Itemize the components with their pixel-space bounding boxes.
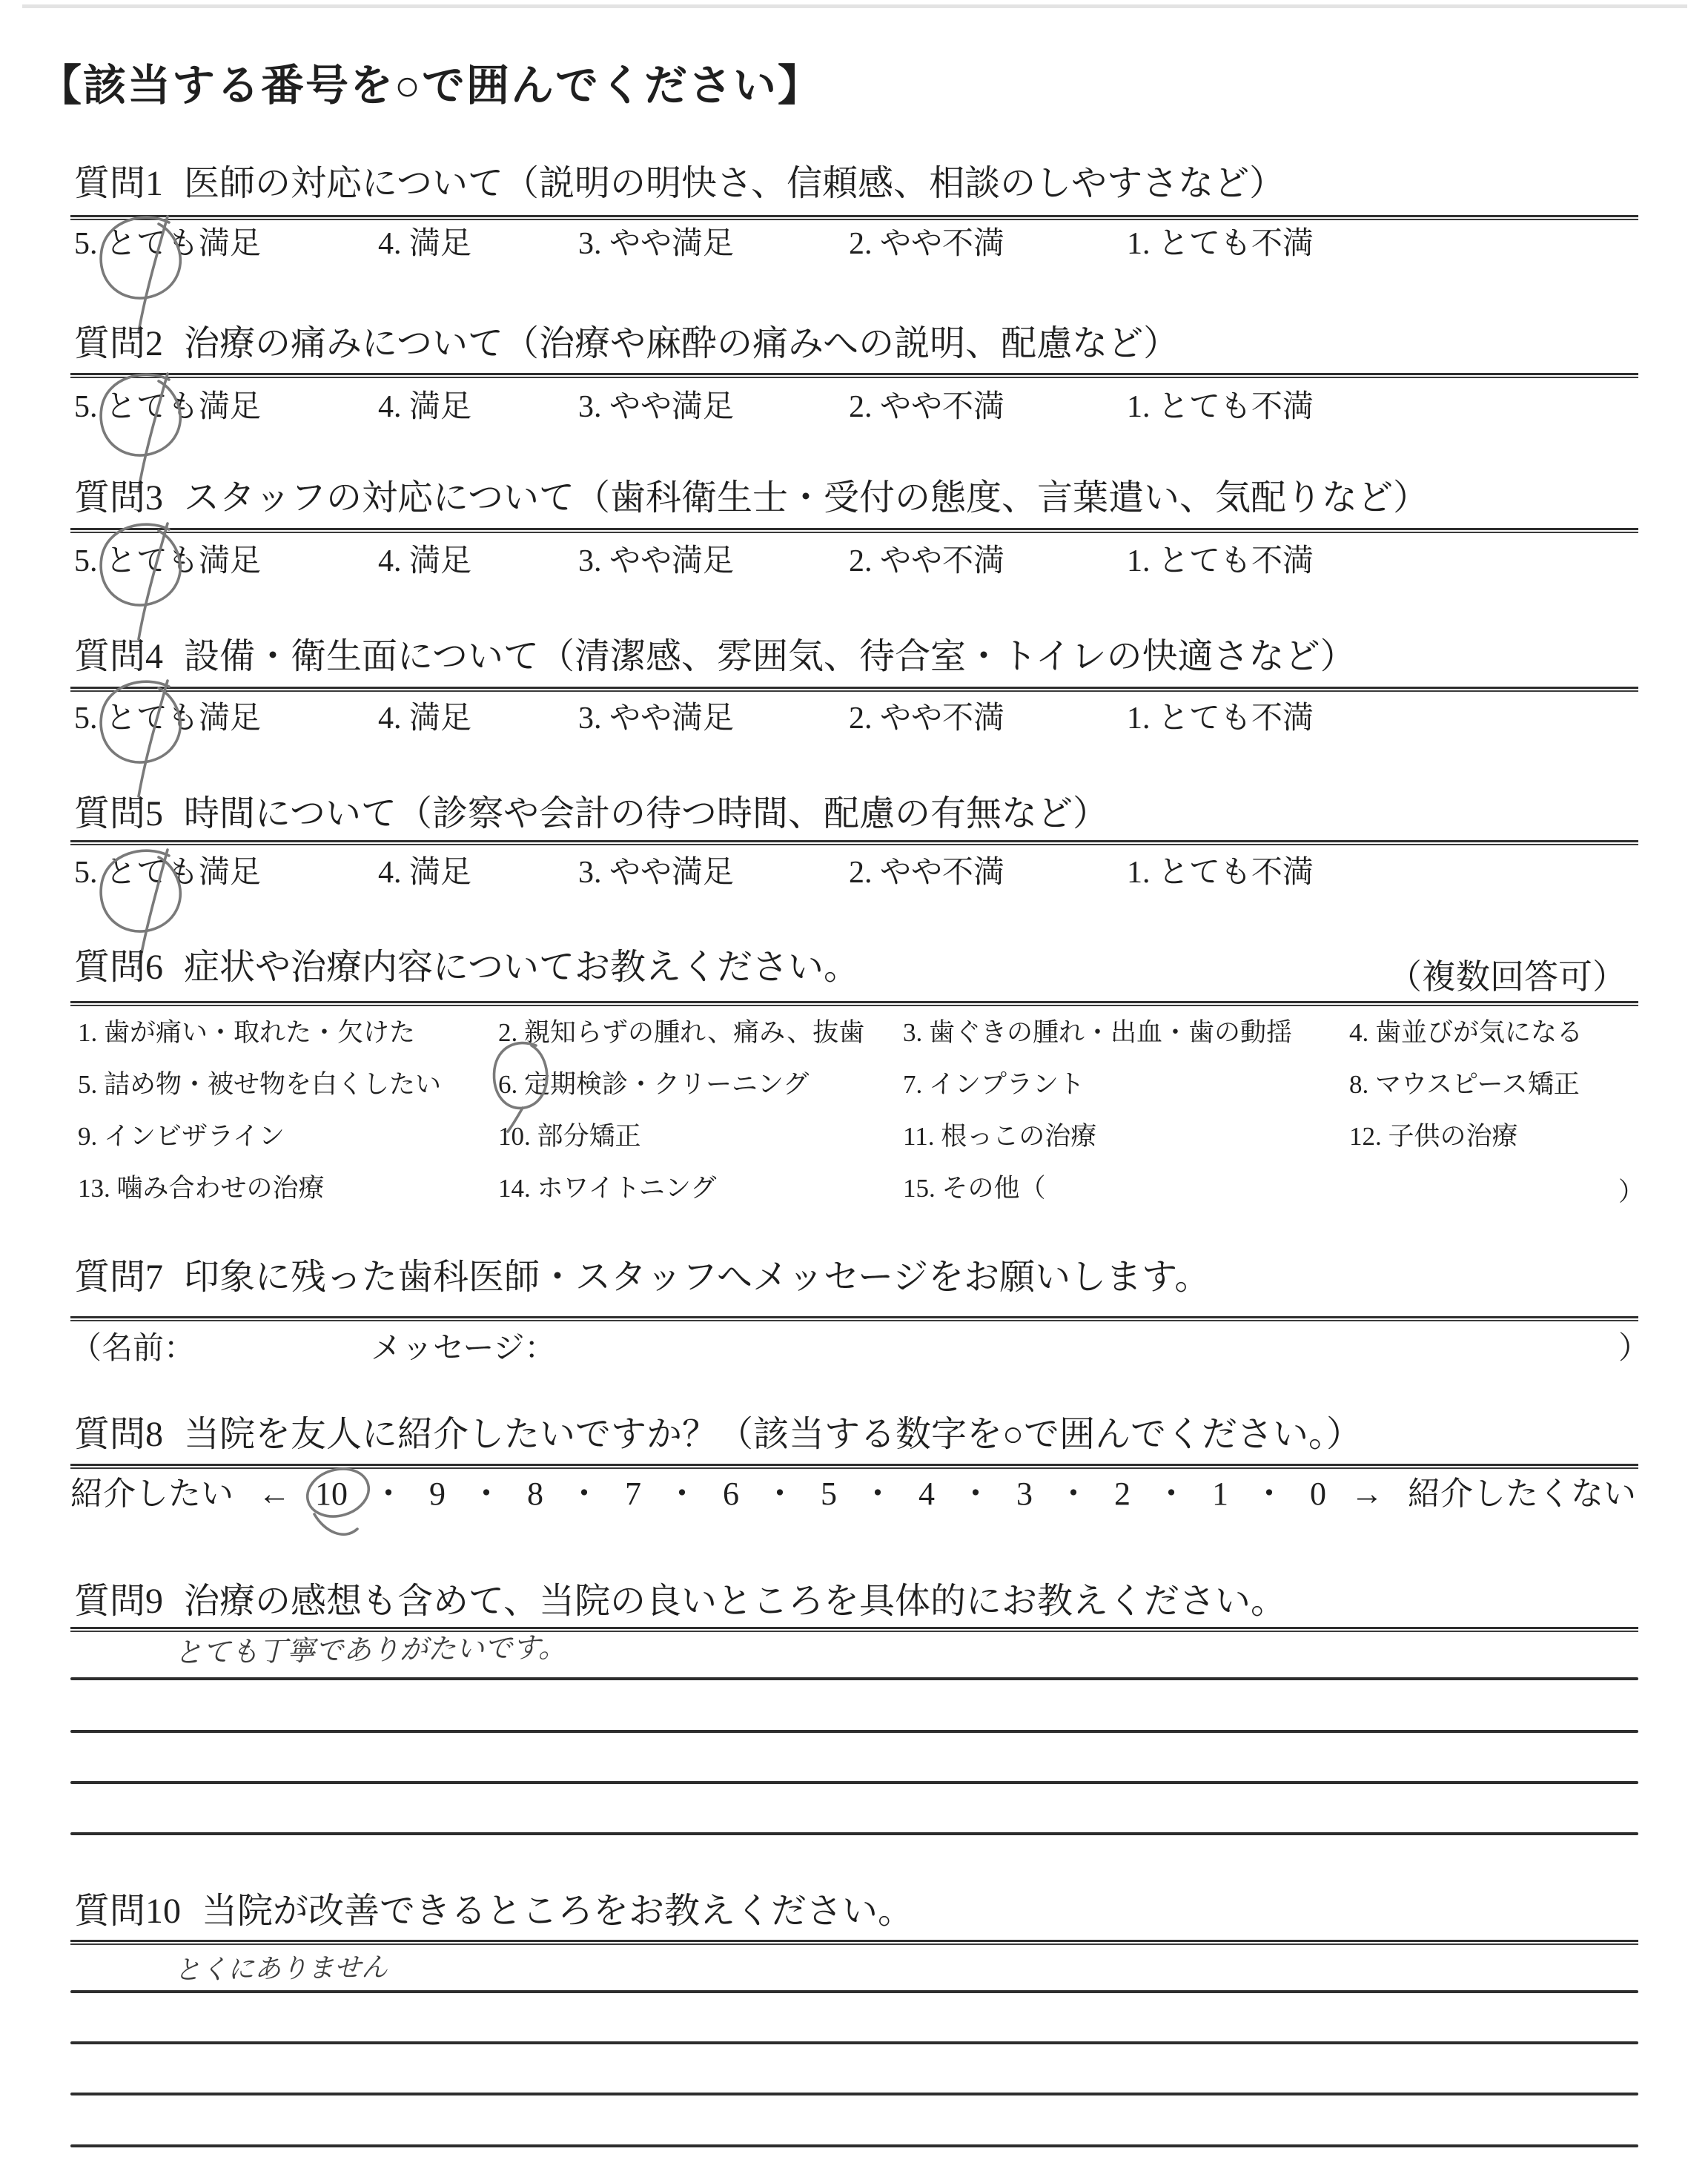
dot-separator: ・ bbox=[1253, 1478, 1285, 1510]
rating-option-2[interactable]: 2. やや不満 bbox=[849, 392, 1004, 423]
divider bbox=[70, 1940, 1638, 1945]
answer-line bbox=[70, 2144, 1638, 2147]
rating-row-q1: 5. とても満足 4. 満足 3. やや満足 2. やや不満 1. とても不満 bbox=[0, 228, 1708, 270]
dot-separator: ・ bbox=[666, 1478, 698, 1510]
treatment-option-8[interactable]: 8. マウスピース矯正 bbox=[1349, 1071, 1642, 1123]
scale-label-not-recommend: 紹介したくない bbox=[1408, 1478, 1636, 1510]
question-title: 治療の感想も含めて、当院の良いところを具体的にお教えください。 bbox=[184, 1582, 1286, 1621]
question-title: 治療の痛みについて（治療や麻酔の痛みへの説明、配慮など） bbox=[184, 325, 1179, 363]
question-number: 質問7 bbox=[74, 1258, 163, 1297]
question-number: 質問2 bbox=[74, 325, 163, 363]
question-number: 質問6 bbox=[74, 948, 163, 987]
treatment-option-15[interactable]: 15. その他（ bbox=[903, 1175, 1349, 1226]
dot-separator: ・ bbox=[764, 1478, 796, 1510]
question-4-title-row: 質問4 設備・衛生面について（清潔感、雰囲気、待合室・トイレの快適さなど） bbox=[74, 638, 1356, 676]
treatment-option-12[interactable]: 12. 子供の治療 bbox=[1349, 1123, 1642, 1175]
dot-separator: ・ bbox=[1057, 1478, 1090, 1510]
question-number: 質問9 bbox=[74, 1582, 163, 1621]
divider bbox=[70, 1316, 1638, 1321]
rating-option-2[interactable]: 2. やや不満 bbox=[849, 228, 1004, 260]
survey-form-page: 【該当する番号を○で囲んでください】 質問1 医師の対応について（説明の明快さ、… bbox=[0, 0, 1708, 2160]
pen-circle-mark-q6 bbox=[478, 1037, 563, 1133]
question-10-title-row: 質問10 当院が改善できるところをお教えください。 bbox=[74, 1892, 913, 1931]
rating-option-1[interactable]: 1. とても不満 bbox=[1127, 392, 1314, 423]
divider bbox=[70, 687, 1638, 692]
pen-circle-mark-q3 bbox=[74, 521, 208, 643]
answer-line bbox=[70, 1730, 1638, 1733]
answer-line bbox=[70, 1781, 1638, 1784]
pen-circle-mark-q1 bbox=[74, 214, 208, 336]
rating-option-2[interactable]: 2. やや不満 bbox=[849, 703, 1004, 734]
dot-separator: ・ bbox=[861, 1478, 894, 1510]
rating-option-4[interactable]: 4. 満足 bbox=[378, 703, 471, 734]
divider bbox=[70, 1627, 1638, 1632]
rating-row-q5: 5. とても満足 4. 満足 3. やや満足 2. やや不満 1. とても不満 bbox=[0, 857, 1708, 899]
scale-number-7[interactable]: 7 bbox=[625, 1478, 641, 1510]
scale-number-9[interactable]: 9 bbox=[429, 1478, 446, 1510]
question-number: 質問5 bbox=[74, 795, 163, 833]
question-6-title-row: 質問6 症状や治療内容についてお教えください。 bbox=[74, 948, 859, 987]
scan-edge-line bbox=[22, 4, 1687, 8]
multiple-answers-note: （複数回答可） bbox=[1388, 950, 1626, 999]
rating-row-q2: 5. とても満足 4. 満足 3. やや満足 2. やや不満 1. とても不満 bbox=[0, 392, 1708, 433]
question-title: 設備・衛生面について（清潔感、雰囲気、待合室・トイレの快適さなど） bbox=[184, 638, 1356, 676]
question-8-title-row: 質問8 当院を友人に紹介したいですか？（該当する数字を○で囲んでください。） bbox=[74, 1416, 1362, 1454]
question-title: 当院を友人に紹介したいですか？（該当する数字を○で囲んでください。） bbox=[184, 1416, 1362, 1454]
divider bbox=[70, 215, 1638, 220]
handwritten-answer-q9: とても丁寧でありがたいです。 bbox=[174, 1633, 566, 1666]
right-arrow-icon: → bbox=[1351, 1478, 1383, 1510]
question-title: 症状や治療内容についてお教えください。 bbox=[184, 948, 859, 987]
treatment-option-13[interactable]: 13. 噛み合わせの治療 bbox=[78, 1175, 498, 1226]
message-field-label[interactable]: メッセージ： bbox=[371, 1333, 555, 1364]
rating-option-4[interactable]: 4. 満足 bbox=[378, 392, 471, 423]
name-field-label[interactable]: （名前： bbox=[70, 1333, 195, 1364]
divider bbox=[70, 373, 1638, 378]
answer-line bbox=[70, 2041, 1638, 2044]
scale-number-4[interactable]: 4 bbox=[918, 1478, 935, 1510]
dot-separator: ・ bbox=[470, 1478, 503, 1510]
dot-separator: ・ bbox=[372, 1478, 405, 1510]
treatment-option-14[interactable]: 14. ホワイトニング bbox=[498, 1175, 903, 1226]
rating-option-1[interactable]: 1. とても不満 bbox=[1127, 703, 1314, 734]
divider bbox=[70, 528, 1638, 533]
dot-separator: ・ bbox=[1155, 1478, 1188, 1510]
answer-line bbox=[70, 1832, 1638, 1835]
rating-option-1[interactable]: 1. とても不満 bbox=[1127, 228, 1314, 260]
treatment-option-1[interactable]: 1. 歯が痛い・取れた・欠けた bbox=[78, 1019, 498, 1071]
rating-row-q3: 5. とても満足 4. 満足 3. やや満足 2. やや不満 1. とても不満 bbox=[0, 546, 1708, 587]
rating-row-q4: 5. とても満足 4. 満足 3. やや満足 2. やや不満 1. とても不満 bbox=[0, 703, 1708, 744]
pen-circle-mark-q2 bbox=[74, 371, 208, 493]
dot-separator: ・ bbox=[568, 1478, 600, 1510]
rating-option-4[interactable]: 4. 満足 bbox=[378, 546, 471, 577]
rating-option-1[interactable]: 1. とても不満 bbox=[1127, 546, 1314, 577]
treatment-option-11[interactable]: 11. 根っこの治療 bbox=[903, 1123, 1349, 1175]
question-7-title-row: 質問7 印象に残った歯科医師・スタッフへメッセージをお願いします。 bbox=[74, 1258, 1210, 1297]
page-title: 【該当する番号を○で囲んでください】 bbox=[39, 50, 822, 113]
divider bbox=[70, 840, 1638, 845]
answer-line bbox=[70, 1990, 1638, 1993]
question-5-title-row: 質問5 時間について（診察や会計の待つ時間、配慮の有無など） bbox=[74, 795, 1108, 833]
treatment-option-7[interactable]: 7. インプラント bbox=[903, 1071, 1349, 1123]
question-title: 印象に残った歯科医師・スタッフへメッセージをお願いします。 bbox=[184, 1258, 1210, 1297]
question-number: 質問3 bbox=[74, 479, 163, 518]
treatment-option-4[interactable]: 4. 歯並びが気になる bbox=[1349, 1019, 1642, 1071]
question-1-title-row: 質問1 医師の対応について（説明の明快さ、信頼感、相談のしやすさなど） bbox=[74, 165, 1285, 203]
rating-option-3[interactable]: 3. やや満足 bbox=[578, 703, 734, 734]
scale-number-8[interactable]: 8 bbox=[527, 1478, 543, 1510]
divider bbox=[70, 1001, 1638, 1006]
treatment-option-5[interactable]: 5. 詰め物・被せ物を白くしたい bbox=[78, 1071, 498, 1123]
rating-option-2[interactable]: 2. やや不満 bbox=[849, 857, 1004, 888]
question-number: 質問10 bbox=[74, 1892, 181, 1931]
question-title: スタッフの対応について（歯科衛生士・受付の態度、言葉遣い、気配りなど） bbox=[184, 479, 1429, 518]
question-number: 質問4 bbox=[74, 638, 163, 676]
question-number: 質問8 bbox=[74, 1416, 163, 1454]
treatment-option-3[interactable]: 3. 歯ぐきの腫れ・出血・歯の動揺 bbox=[903, 1019, 1349, 1071]
treatment-option-9[interactable]: 9. インビザライン bbox=[78, 1123, 498, 1175]
rating-option-2[interactable]: 2. やや不満 bbox=[849, 546, 1004, 577]
message-close-paren: ） bbox=[1618, 1333, 1649, 1364]
rating-option-3[interactable]: 3. やや満足 bbox=[578, 546, 734, 577]
question-title: 当院が改善できるところをお教えください。 bbox=[202, 1892, 913, 1931]
dot-separator: ・ bbox=[959, 1478, 992, 1510]
scale-number-3[interactable]: 3 bbox=[1016, 1478, 1033, 1510]
scale-number-2[interactable]: 2 bbox=[1114, 1478, 1131, 1510]
other-option-close-paren: ） bbox=[1618, 1172, 1644, 1209]
scale-number-0[interactable]: 0 bbox=[1310, 1478, 1326, 1510]
handwritten-answer-q10: とくにありません bbox=[174, 1955, 388, 1984]
question-title: 医師の対応について（説明の明快さ、信頼感、相談のしやすさなど） bbox=[184, 165, 1285, 203]
rating-option-3[interactable]: 3. やや満足 bbox=[578, 392, 734, 423]
answer-line bbox=[70, 2093, 1638, 2095]
treatment-options-grid: 1. 歯が痛い・取れた・欠けた 2. 親知らずの腫れ、痛み、抜歯 3. 歯ぐきの… bbox=[78, 1019, 1642, 1226]
rating-option-4[interactable]: 4. 満足 bbox=[378, 857, 471, 888]
question-3-title-row: 質問3 スタッフの対応について（歯科衛生士・受付の態度、言葉遣い、気配りなど） bbox=[74, 479, 1429, 518]
rating-option-3[interactable]: 3. やや満足 bbox=[578, 228, 734, 260]
answer-line bbox=[70, 1677, 1638, 1680]
pen-circle-mark-q4 bbox=[74, 678, 208, 800]
scale-label-recommend: 紹介したい bbox=[70, 1478, 234, 1510]
pen-circle-mark-q8 bbox=[301, 1459, 375, 1547]
question-9-title-row: 質問9 治療の感想も含めて、当院の良いところを具体的にお教えください。 bbox=[74, 1582, 1286, 1621]
scale-number-6[interactable]: 6 bbox=[723, 1478, 739, 1510]
left-arrow-icon: ← bbox=[258, 1478, 291, 1510]
scale-number-5[interactable]: 5 bbox=[821, 1478, 837, 1510]
rating-option-4[interactable]: 4. 満足 bbox=[378, 228, 471, 260]
question-2-title-row: 質問2 治療の痛みについて（治療や麻酔の痛みへの説明、配慮など） bbox=[74, 325, 1179, 363]
question-title: 時間について（診察や会計の待つ時間、配慮の有無など） bbox=[184, 795, 1108, 833]
rating-option-3[interactable]: 3. やや満足 bbox=[578, 857, 734, 888]
question-number: 質問1 bbox=[74, 165, 163, 203]
rating-option-1[interactable]: 1. とても不満 bbox=[1127, 857, 1314, 888]
scale-number-1[interactable]: 1 bbox=[1212, 1478, 1228, 1510]
